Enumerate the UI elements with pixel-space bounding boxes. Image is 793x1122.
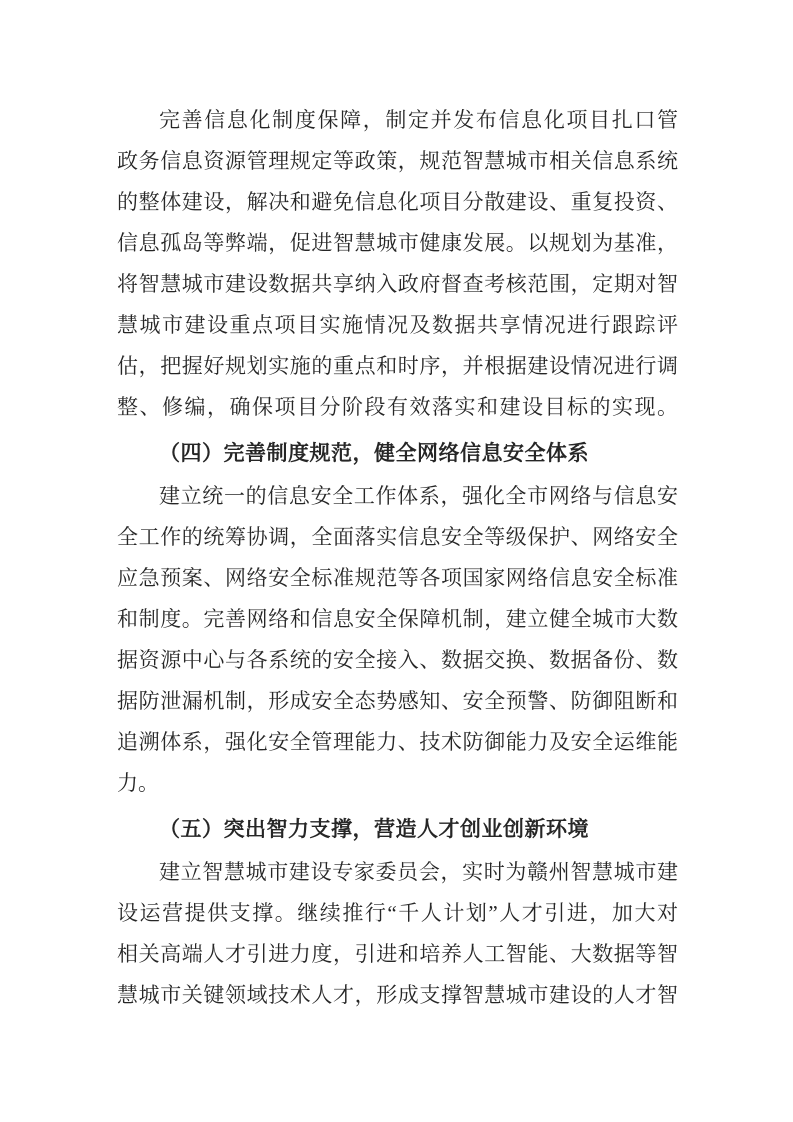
body-text-line: 全工作的统筹协调，全面落实信息安全等级保护、网络安全 xyxy=(117,517,678,558)
body-text-line: 相关高端人才引进力度，引进和培养人工智能、大数据等智 xyxy=(117,934,678,975)
body-text-line: 据资源中心与各系统的安全接入、数据交换、数据备份、数 xyxy=(117,640,678,681)
body-text-line: 设运营提供支撑。继续推行“千人计划”人才引进，加大对 xyxy=(117,893,678,934)
body-text-line: 建立智慧城市建设专家委员会，实时为赣州智慧城市建 xyxy=(117,852,678,893)
body-text-line: 的整体建设，解决和避免信息化项目分散建设、重复投资、 xyxy=(117,182,678,223)
body-text-line: 建立统一的信息安全工作体系，强化全市网络与信息安 xyxy=(117,476,678,517)
paragraph-talent-support: 建立智慧城市建设专家委员会，实时为赣州智慧城市建设运营提供支撑。继续推行“千人计… xyxy=(117,852,678,1016)
body-text-line: 追溯体系，强化安全管理能力、技术防御能力及安全运维能 xyxy=(117,722,678,763)
body-text-line: 应急预案、网络安全标准规范等各项国家网络信息安全标准 xyxy=(117,558,678,599)
body-text-line: 力。 xyxy=(117,763,678,804)
document-page: 完善信息化制度保障，制定并发布信息化项目扎口管理、政务信息资源管理规定等政策，规… xyxy=(0,0,793,1122)
body-text-line: 将智慧城市建设数据共享纳入政府督查考核范围，定期对智 xyxy=(117,264,678,305)
document-content: 完善信息化制度保障，制定并发布信息化项目扎口管理、政务信息资源管理规定等政策，规… xyxy=(117,100,678,1016)
body-text-line: 和制度。完善网络和信息安全保障机制，建立健全城市大数 xyxy=(117,599,678,640)
body-text-line: 政务信息资源管理规定等政策，规范智慧城市相关信息系统 xyxy=(117,141,678,182)
body-text-line: 慧城市建设重点项目实施情况及数据共享情况进行跟踪评 xyxy=(117,305,678,346)
heading-section-5: （五）突出智力支撑，营造人才创业创新环境 xyxy=(117,809,678,850)
body-text-line: 慧城市关键领域技术人才，形成支撑智慧城市建设的人才智 xyxy=(117,975,678,1016)
body-text-line: 整、修编，确保项目分阶段有效落实和建设目标的实现。 xyxy=(117,387,678,428)
body-text-line: 估，把握好规划实施的重点和时序，并根据建设情况进行调 xyxy=(117,346,678,387)
heading-section-4: （四）完善制度规范，健全网络信息安全体系 xyxy=(117,433,678,474)
body-text-line: 信息孤岛等弊端，促进智慧城市健康发展。以规划为基准， xyxy=(117,223,678,264)
body-text-line: 据防泄漏机制，形成安全态势感知、安全预警、防御阻断和 xyxy=(117,681,678,722)
body-text-line: 完善信息化制度保障，制定并发布信息化项目扎口管理、 xyxy=(117,100,678,141)
section-heading-text: （四）完善制度规范，健全网络信息安全体系 xyxy=(117,433,678,474)
paragraph-network-security: 建立统一的信息安全工作体系，强化全市网络与信息安全工作的统筹协调，全面落实信息安… xyxy=(117,476,678,804)
paragraph-planning-guarantee: 完善信息化制度保障，制定并发布信息化项目扎口管理、政务信息资源管理规定等政策，规… xyxy=(117,100,678,428)
section-heading-text: （五）突出智力支撑，营造人才创业创新环境 xyxy=(117,809,678,850)
